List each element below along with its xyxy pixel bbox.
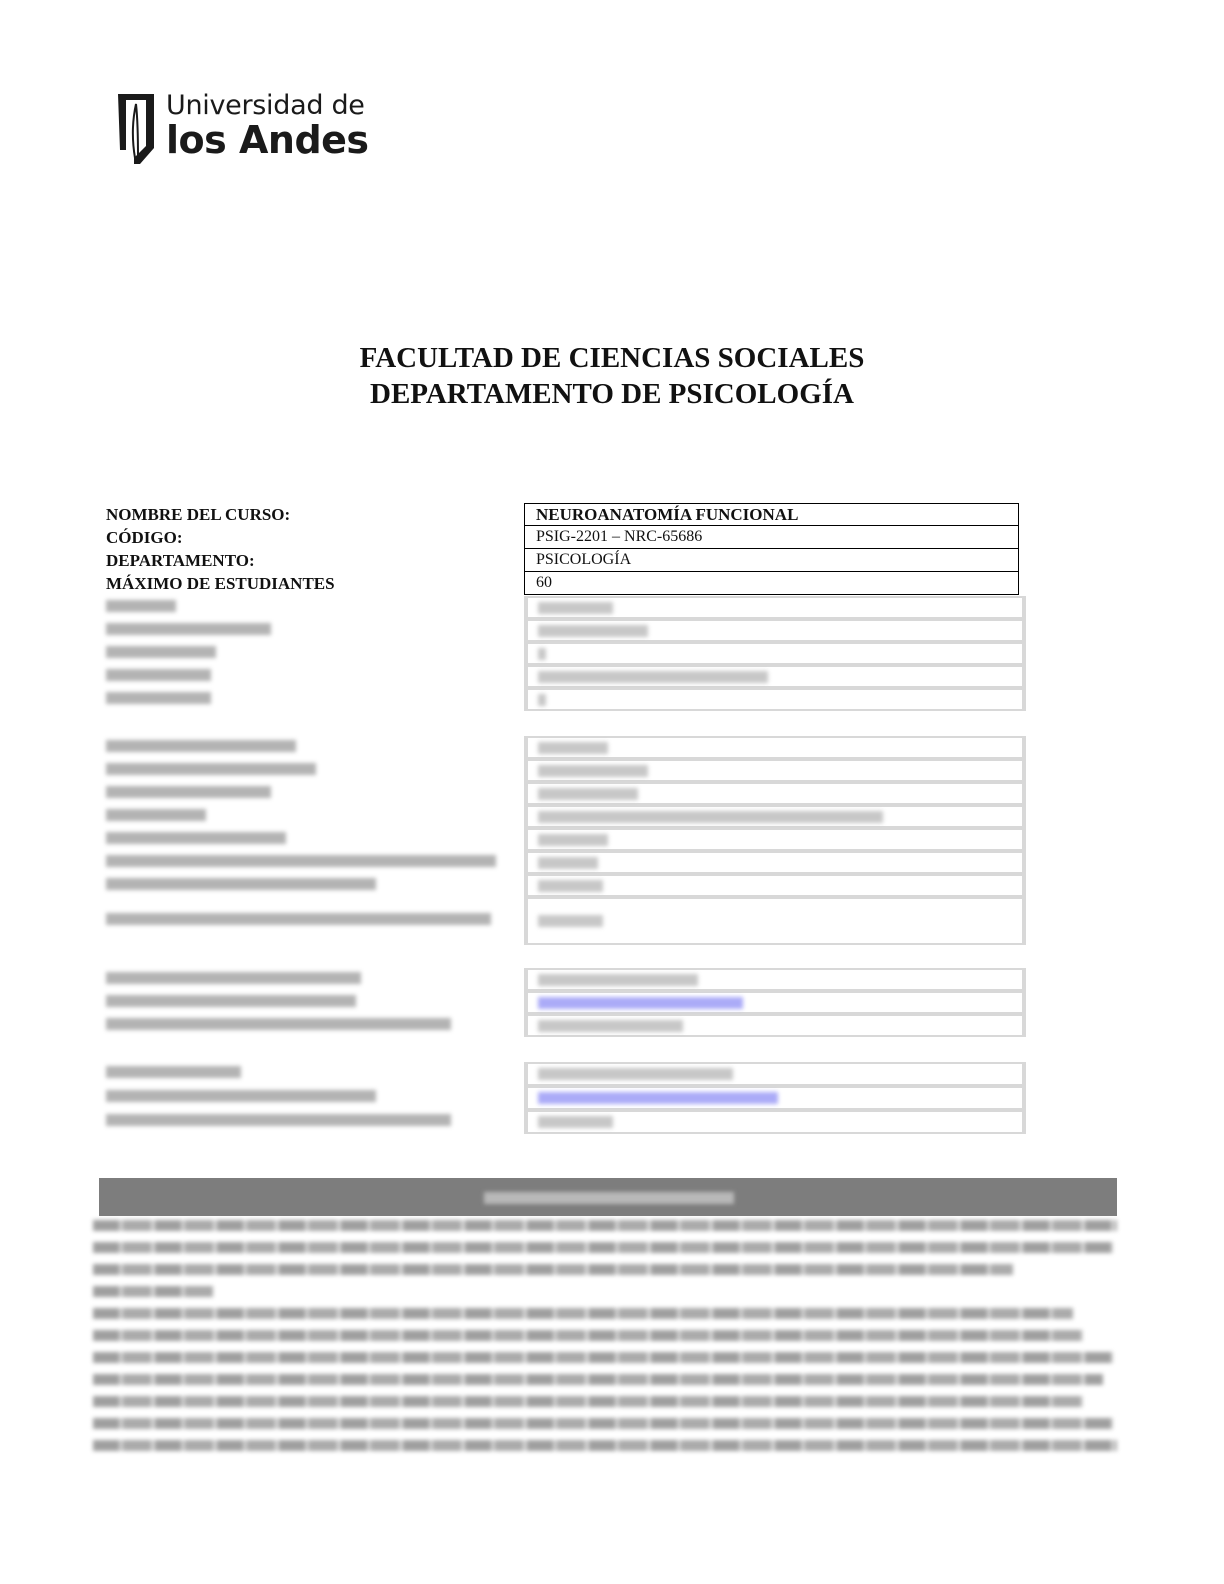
faculty-title: FACULTAD DE CIENCIAS SOCIALES [0,340,1224,376]
redacted-text-line [93,1330,1083,1341]
redacted-text-line [93,1220,1117,1231]
redacted-row [106,805,1026,828]
redacted-row [106,968,1026,991]
redacted-row [106,897,1026,945]
redacted-row [106,596,1026,619]
logo-line-2: los Andes [166,121,369,159]
redacted-row [106,874,1026,897]
redacted-row [106,1110,1026,1134]
redacted-row [106,851,1026,874]
redacted-row [106,828,1026,851]
info-label: CÓDIGO: [106,526,524,549]
redacted-text-line [93,1242,1113,1253]
redacted-info-group-1 [106,596,1026,711]
redacted-row [106,991,1026,1014]
redacted-row [106,736,1026,759]
redacted-row [106,642,1026,665]
info-row-code: CÓDIGO: PSIG-2201 – NRC-65686 [106,526,1019,549]
info-row-course-name: NOMBRE DEL CURSO: NEUROANATOMÍA FUNCIONA… [106,503,1019,526]
section-header-band [99,1178,1117,1216]
redacted-description-paragraph [93,1220,1117,1462]
redacted-text-line [93,1396,1083,1407]
redacted-info-group-2 [106,736,1026,945]
redacted-text-line [93,1440,1117,1451]
info-row-department: DEPARTAMENTO: PSICOLOGÍA [106,549,1019,572]
redacted-info-group-3 [106,968,1026,1037]
redacted-info-group-4 [106,1062,1026,1134]
info-label: DEPARTAMENTO: [106,549,524,572]
redacted-row [106,665,1026,688]
redacted-row [106,1014,1026,1037]
info-row-max-students: MÁXIMO DE ESTUDIANTES 60 [106,572,1019,595]
redacted-text-line [93,1286,213,1297]
university-logo: Universidad de los Andes [116,88,369,168]
redacted-row [106,1062,1026,1086]
redacted-section-title [484,1192,734,1204]
redacted-text-line [93,1264,1013,1275]
info-label: MÁXIMO DE ESTUDIANTES [106,572,524,595]
logo-line-1: Universidad de [166,92,369,119]
document-titles: FACULTAD DE CIENCIAS SOCIALES DEPARTAMEN… [0,340,1224,412]
info-value: PSIG-2201 – NRC-65686 [524,526,1019,549]
logo-shield-icon [116,88,156,168]
redacted-text-line [93,1374,1103,1385]
info-value: PSICOLOGÍA [524,549,1019,572]
redacted-row [106,782,1026,805]
redacted-row [106,688,1026,711]
course-info-table: NOMBRE DEL CURSO: NEUROANATOMÍA FUNCIONA… [106,503,1019,595]
redacted-text-line [93,1352,1113,1363]
redacted-row [106,619,1026,642]
redacted-text-line [93,1308,1073,1319]
department-title: DEPARTAMENTO DE PSICOLOGÍA [0,376,1224,412]
redacted-text-line [93,1418,1113,1429]
info-label: NOMBRE DEL CURSO: [106,503,524,526]
info-value: 60 [524,572,1019,595]
redacted-row [106,759,1026,782]
info-value: NEUROANATOMÍA FUNCIONAL [524,503,1019,526]
redacted-row [106,1086,1026,1110]
